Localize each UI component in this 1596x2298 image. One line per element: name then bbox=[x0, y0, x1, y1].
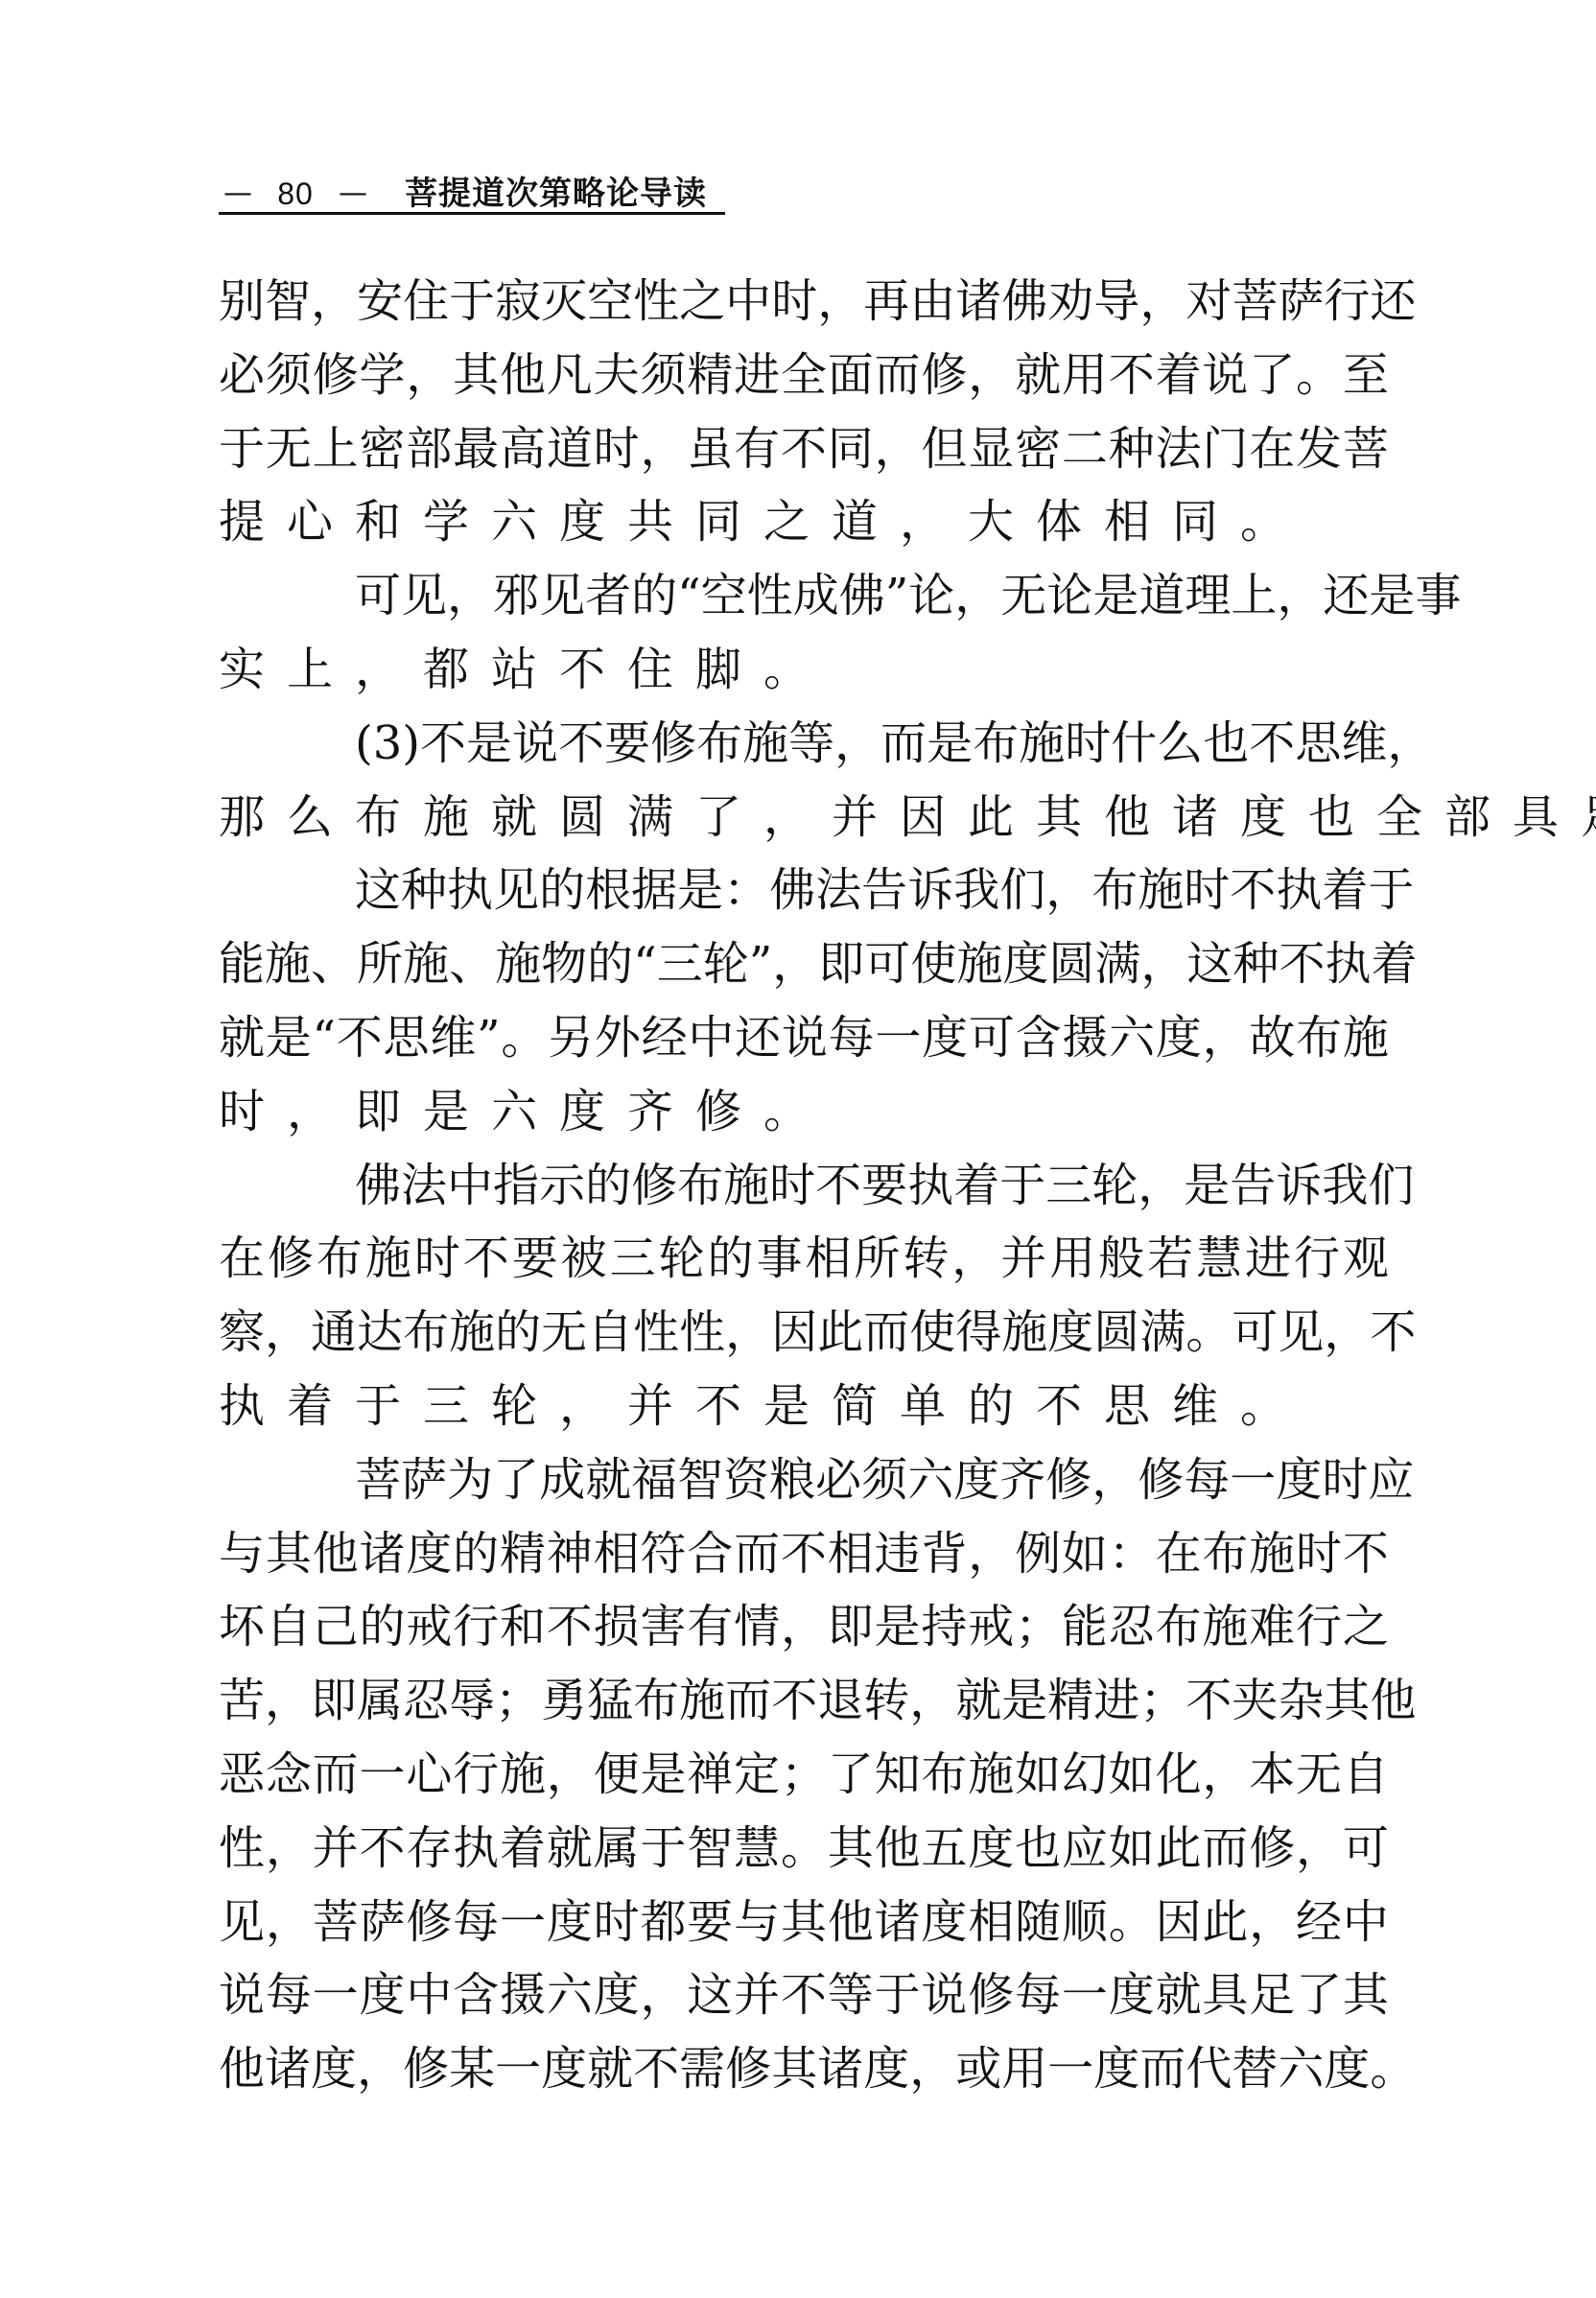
header-rule bbox=[219, 212, 725, 215]
text-line: 坏自己的戒行和不损害有情，即是持戒；能忍布施难行之 bbox=[219, 1597, 1389, 1671]
text-line: 性，并不存执着就属于智慧。其他五度也应如此而修，可 bbox=[219, 1818, 1389, 1892]
text-line: 实上，都站不住脚。 bbox=[219, 640, 1389, 714]
text-line: 能施、所施、施物的“三轮”，即可使施度圆满，这种不执着 bbox=[219, 934, 1389, 1008]
text-line: 提心和学六度共同之道，大体相同。 bbox=[219, 492, 1389, 566]
text-line: 必须修学，其他凡夫须精进全面而修，就用不着说了。至 bbox=[219, 345, 1389, 419]
page-number: 80 bbox=[257, 175, 334, 213]
text-line: 时，即是六度齐修。 bbox=[219, 1082, 1389, 1156]
text-line: 别智，安住于寂灭空性之中时，再由诸佛劝导，对菩萨行还 bbox=[219, 271, 1389, 345]
running-head: — 80 — 菩提道次第略论导读 bbox=[219, 169, 723, 213]
text-line: 就是“不思维”。另外经中还说每一度可含摄六度，故布施 bbox=[219, 1008, 1389, 1082]
text-line: 执着于三轮，并不是简单的不思维。 bbox=[219, 1376, 1389, 1450]
text-line: 恶念而一心行施，便是禅定；了知布施如幻如化，本无自 bbox=[219, 1745, 1389, 1818]
text-line: 于无上密部最高道时，虽有不同，但显密二种法门在发菩 bbox=[219, 419, 1389, 493]
text-line: 佛法中指示的修布施时不要执着于三轮，是告诉我们 bbox=[219, 1156, 1389, 1230]
text-line: 可见，邪见者的“空性成佛”论，无论是道理上，还是事 bbox=[219, 566, 1389, 640]
text-line: 察，通达布施的无自性性，因此而使得施度圆满。可见，不 bbox=[219, 1302, 1389, 1376]
text-line: 见，菩萨修每一度时都要与其他诸度相随顺。因此，经中 bbox=[219, 1892, 1389, 1966]
page-number-dash-left: — bbox=[219, 175, 257, 213]
text-line: 在修布施时不要被三轮的事相所转，并用般若慧进行观 bbox=[219, 1229, 1389, 1302]
page-number-dash-right: — bbox=[334, 175, 372, 213]
book-title: 菩提道次第略论导读 bbox=[405, 175, 707, 213]
text-line: 苦，即属忍辱；勇猛布施而不退转，就是精进；不夹杂其他 bbox=[219, 1671, 1389, 1745]
text-line: (3)不是说不要修布施等，而是布施时什么也不思维， bbox=[219, 714, 1389, 787]
text-line: 那么布施就圆满了，并因此其他诸度也全部具足。 bbox=[219, 787, 1389, 861]
text-line: 说每一度中含摄六度，这并不等于说修每一度就具足了其 bbox=[219, 1965, 1389, 2039]
body-text: 别智，安住于寂灭空性之中时，再由诸佛劝导，对菩萨行还 必须修学，其他凡夫须精进全… bbox=[219, 271, 1389, 2113]
text-line: 菩萨为了成就福智资粮必须六度齐修，修每一度时应 bbox=[219, 1450, 1389, 1524]
text-line: 他诸度，修某一度就不需修其诸度，或用一度而代替六度。 bbox=[219, 2039, 1389, 2113]
text-line: 与其他诸度的精神相符合而不相违背，例如：在布施时不 bbox=[219, 1524, 1389, 1598]
text-line: 这种执见的根据是：佛法告诉我们，布施时不执着于 bbox=[219, 860, 1389, 934]
